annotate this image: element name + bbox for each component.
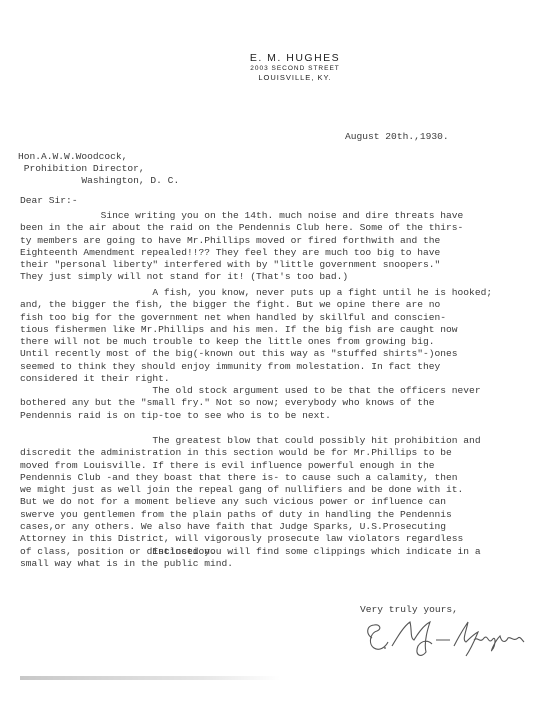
paragraph-5: Enclosed you will find some clippings wh… [20, 546, 481, 571]
paragraph-line: Eighteenth Amendment repealed!!?? They f… [20, 247, 463, 259]
paragraph-line: cases,or any others. We also have faith … [20, 521, 481, 533]
paragraph-line: been in the air about the raid on the Pe… [20, 222, 463, 234]
paragraph-line: and, the bigger the fish, the bigger the… [20, 299, 492, 311]
paragraph-line: Since writing you on the 14th. much nois… [20, 210, 463, 222]
paragraph-line: small way what is in the public mind. [20, 558, 481, 570]
paragraph-line: Pendennis raid is on tip-toe to see who … [20, 410, 481, 422]
paragraph-4: The greatest blow that could possibly hi… [20, 435, 481, 558]
paragraph-line: The old stock argument used to be that t… [20, 385, 481, 397]
paragraph-line: swerve you gentlemen from the plain path… [20, 509, 481, 521]
signature: E. M. Hughes [362, 616, 532, 662]
paragraph-line: we might just as well join the repeal ga… [20, 484, 481, 496]
paragraph-line: discredit the administration in this sec… [20, 447, 481, 459]
paragraph-line: But we do not for a moment believe any s… [20, 496, 481, 508]
paragraph-line: A fish, you know, never puts up a fight … [20, 287, 492, 299]
recipient-address: Hon.A.W.W.Woodcock, Prohibition Director… [18, 151, 179, 188]
paragraph-line: Pendennis Club -and they boast that ther… [20, 472, 481, 484]
letterhead-street: 2003 SECOND STREET [40, 64, 550, 73]
paragraph-line: tious fishermen like Mr.Phillips and his… [20, 324, 492, 336]
letterhead-city: LOUISVILLE, KY. [40, 73, 550, 83]
recipient-line: Hon.A.W.W.Woodcock, [18, 151, 179, 163]
paragraph-line: fish too big for the government net when… [20, 312, 492, 324]
letterhead: E. M. HUGHES 2003 SECOND STREET LOUISVIL… [0, 52, 550, 83]
salutation: Dear Sir:- [20, 195, 78, 206]
letter-date: August 20th.,1930. [345, 131, 449, 142]
paragraph-1: Since writing you on the 14th. much nois… [20, 210, 463, 284]
paragraph-line: there will not be much trouble to keep t… [20, 336, 492, 348]
paragraph-line: moved from Louisville. If there is evil … [20, 460, 481, 472]
recipient-line: Prohibition Director, [18, 163, 179, 175]
paragraph-line: They just simply will not stand for it! … [20, 271, 463, 283]
recipient-line: Washington, D. C. [18, 175, 179, 187]
paragraph-line: their "personal liberty" interfered with… [20, 259, 463, 271]
paragraph-line: The greatest blow that could possibly hi… [20, 435, 481, 447]
closing: Very truly yours, [360, 604, 458, 615]
paragraph-line: Attorney in this District, will vigorous… [20, 533, 481, 545]
paragraph-2: A fish, you know, never puts up a fight … [20, 287, 492, 385]
letterhead-name: E. M. HUGHES [40, 52, 550, 64]
paragraph-line: ty members are going to have Mr.Phillips… [20, 235, 463, 247]
paragraph-line: bothered any but the "small fry." Not so… [20, 397, 481, 409]
paragraph-line: Enclosed you will find some clippings wh… [20, 546, 481, 558]
paragraph-line: seemed to think they should enjoy immuni… [20, 361, 492, 373]
paragraph-3: The old stock argument used to be that t… [20, 385, 481, 422]
paragraph-line: Until recently most of the big(-known ou… [20, 348, 492, 360]
paragraph-line: considered it their right. [20, 373, 492, 385]
scan-smudge [20, 676, 280, 680]
